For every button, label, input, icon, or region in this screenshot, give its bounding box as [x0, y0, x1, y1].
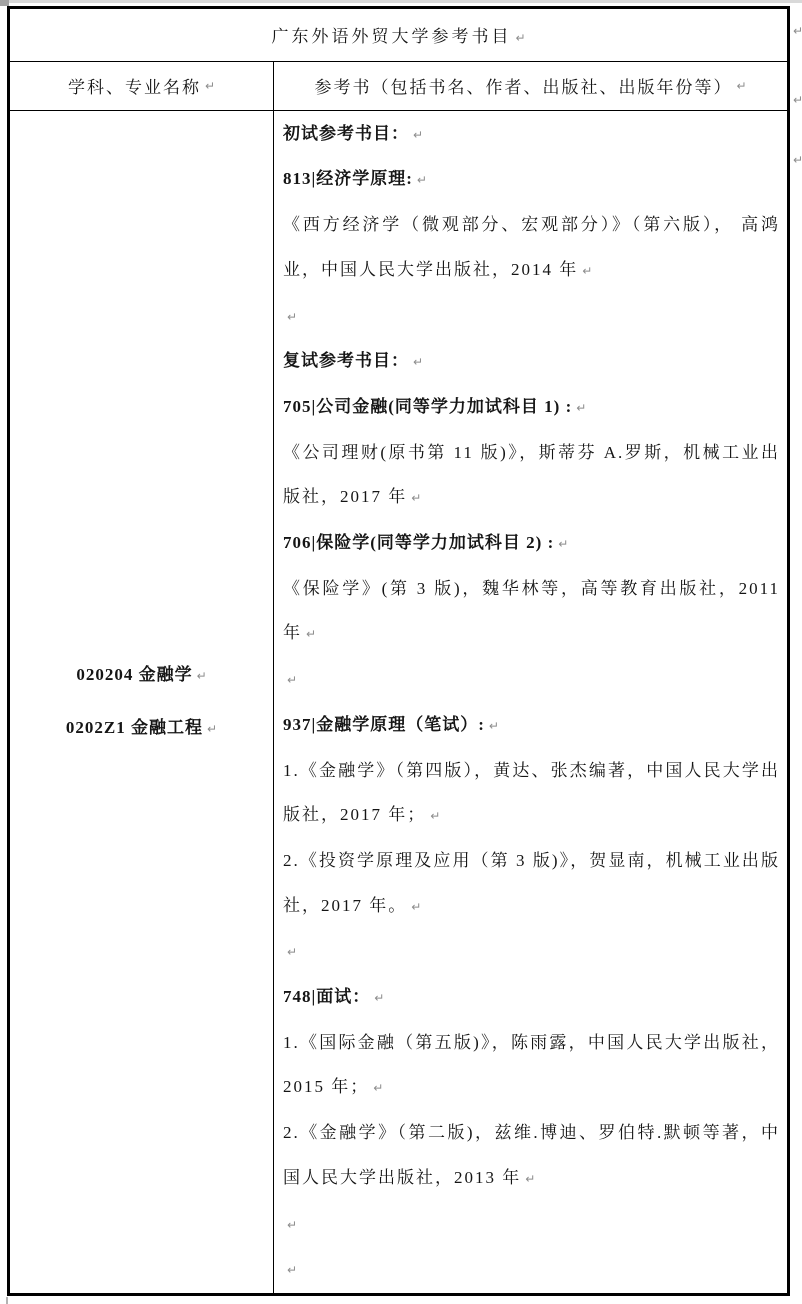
window-edge-strip: [0, 0, 802, 3]
paragraph-mark-icon: ↵: [558, 537, 568, 551]
reference-cell[interactable]: 初试参考书目：↵ 813|经济学原理:↵ 《西方经济学（微观部分、宏观部分）》（…: [274, 111, 787, 1293]
paragraph-text: 937|金融学原理（笔试）:: [283, 715, 485, 734]
column-header-subject-cell[interactable]: 学科、专业名称↵: [10, 62, 274, 110]
table-title-row: 广东外语外贸大学参考书目↵: [10, 9, 787, 62]
paragraph-mark-icon: ↵: [287, 310, 297, 324]
major-code-line: 0202Z1 金融工程↵: [66, 702, 217, 755]
reference-paragraph: 1.《金融学》（第四版），黄达、张杰编著，中国人民大学出版社，2017 年；↵: [283, 749, 780, 839]
paragraph-mark-icon: ↵: [582, 264, 592, 278]
paragraph-text: 《西方经济学（微观部分、宏观部分）》（第六版）， 高鸿业，中国人民大学出版社，2…: [283, 215, 780, 279]
paragraph-text: 1.《金融学》（第四版），黄达、张杰编著，中国人民大学出版社，2017 年；: [283, 761, 780, 825]
table-gridline-tick: [6, 1297, 8, 1304]
paragraph-mark-icon: ↵: [736, 79, 746, 93]
table-title: 广东外语外贸大学参考书目: [271, 27, 511, 46]
paragraph-mark-icon: ↵: [287, 945, 297, 959]
column-header-reference: 参考书（包括书名、作者、出版社、出版年份等）: [314, 73, 732, 98]
reference-paragraph: 《保险学》(第 3 版)，魏华林等，高等教育出版社，2011 年↵: [283, 567, 780, 657]
paragraph-mark-icon: ↵: [413, 355, 423, 369]
reference-table: 广东外语外贸大学参考书目↵ 学科、专业名称↵ 参考书（包括书名、作者、出版社、出…: [7, 6, 790, 1296]
major-code-line: 020204 金融学↵: [76, 649, 206, 702]
row-end-mark-icon: ↵: [793, 153, 802, 167]
paragraph-text: 《保险学》(第 3 版)，魏华林等，高等教育出版社，2011 年: [283, 579, 780, 643]
reference-paragraph: 初试参考书目：↵: [283, 112, 780, 158]
paragraph-mark-icon: ↵: [306, 627, 316, 641]
reference-paragraph: 706|保险学(同等学力加试科目 2) :↵: [283, 521, 780, 567]
row-end-mark-icon: ↵: [793, 24, 802, 38]
document-page: 广东外语外贸大学参考书目↵ 学科、专业名称↵ 参考书（包括书名、作者、出版社、出…: [0, 0, 802, 1304]
reference-paragraph: 《公司理财(原书第 11 版)》，斯蒂芬 A.罗斯，机械工业出版社，2017 年…: [283, 431, 780, 521]
subject-cell[interactable]: 020204 金融学↵ 0202Z1 金融工程↵: [10, 111, 274, 1293]
paragraph-mark-icon: ↵: [197, 669, 207, 683]
paragraph-mark-icon: ↵: [515, 31, 525, 45]
paragraph-mark-icon: ↵: [287, 673, 297, 687]
column-header-reference-cell[interactable]: 参考书（包括书名、作者、出版社、出版年份等）↵: [274, 62, 787, 110]
reference-paragraph: ↵: [283, 1202, 780, 1248]
major-code: 020204 金融学: [76, 665, 192, 684]
paragraph-mark-icon: ↵: [525, 1172, 535, 1186]
reference-paragraph: 748|面试：↵: [283, 975, 780, 1021]
paragraph-mark-icon: ↵: [373, 1081, 383, 1095]
row-end-mark-icon: ↵: [793, 93, 802, 107]
paragraph-text: 初试参考书目：: [283, 124, 409, 143]
reference-paragraph: ↵: [283, 294, 780, 340]
column-header-subject: 学科、专业名称: [68, 73, 201, 98]
paragraph-text: 《公司理财(原书第 11 版)》，斯蒂芬 A.罗斯，机械工业出版社，2017 年: [283, 443, 780, 507]
reference-paragraph: 复试参考书目：↵: [283, 339, 780, 385]
reference-paragraph: ↵: [283, 929, 780, 975]
paragraph-mark-icon: ↵: [207, 722, 217, 736]
reference-paragraph: 705|公司金融(同等学力加试科目 1) :↵: [283, 385, 780, 431]
paragraph-mark-icon: ↵: [205, 79, 215, 93]
paragraph-mark-icon: ↵: [417, 173, 427, 187]
paragraph-text: 748|面试：: [283, 987, 370, 1006]
reference-paragraph: 2.《投资学原理及应用（第 3 版)》，贺显南，机械工业出版社，2017 年。↵: [283, 839, 780, 929]
paragraph-text: 705|公司金融(同等学力加试科目 1) :: [283, 397, 572, 416]
reference-paragraph: 《西方经济学（微观部分、宏观部分）》（第六版）， 高鸿业，中国人民大学出版社，2…: [283, 203, 780, 293]
paragraph-mark-icon: ↵: [287, 1263, 297, 1277]
paragraph-mark-icon: ↵: [576, 401, 586, 415]
reference-paragraph: 1.《国际金融（第五版)》，陈雨露，中国人民大学出版社，2015 年；↵: [283, 1021, 780, 1111]
paragraph-mark-icon: ↵: [430, 809, 440, 823]
reference-paragraph: 813|经济学原理:↵: [283, 157, 780, 203]
paragraph-mark-icon: ↵: [411, 491, 421, 505]
table-header-row: 学科、专业名称↵ 参考书（包括书名、作者、出版社、出版年份等）↵: [10, 62, 787, 111]
reference-paragraph: ↵: [283, 657, 780, 703]
paragraph-text: 2.《投资学原理及应用（第 3 版)》，贺显南，机械工业出版社，2017 年。: [283, 851, 780, 915]
paragraph-text: 813|经济学原理:: [283, 169, 413, 188]
reference-paragraph: 2.《金融学》（第二版)，兹维.博迪、罗伯特.默顿等著，中国人民大学出版社，20…: [283, 1111, 780, 1201]
table-body-row: 020204 金融学↵ 0202Z1 金融工程↵ 初试参考书目：↵ 813|经济…: [10, 111, 787, 1293]
paragraph-mark-icon: ↵: [374, 991, 384, 1005]
reference-paragraph: 937|金融学原理（笔试）:↵: [283, 703, 780, 749]
table-title-cell[interactable]: 广东外语外贸大学参考书目↵: [271, 22, 525, 47]
paragraph-text: 1.《国际金融（第五版)》，陈雨露，中国人民大学出版社，2015 年；: [283, 1033, 780, 1097]
reference-paragraph: ↵: [283, 1247, 780, 1293]
paragraph-text: 复试参考书目：: [283, 351, 409, 370]
major-code: 0202Z1 金融工程: [66, 718, 203, 737]
paragraph-text: 706|保险学(同等学力加试科目 2) :: [283, 533, 554, 552]
paragraph-mark-icon: ↵: [287, 1218, 297, 1232]
paragraph-mark-icon: ↵: [413, 128, 423, 142]
paragraph-mark-icon: ↵: [489, 719, 499, 733]
paragraph-mark-icon: ↵: [411, 900, 421, 914]
